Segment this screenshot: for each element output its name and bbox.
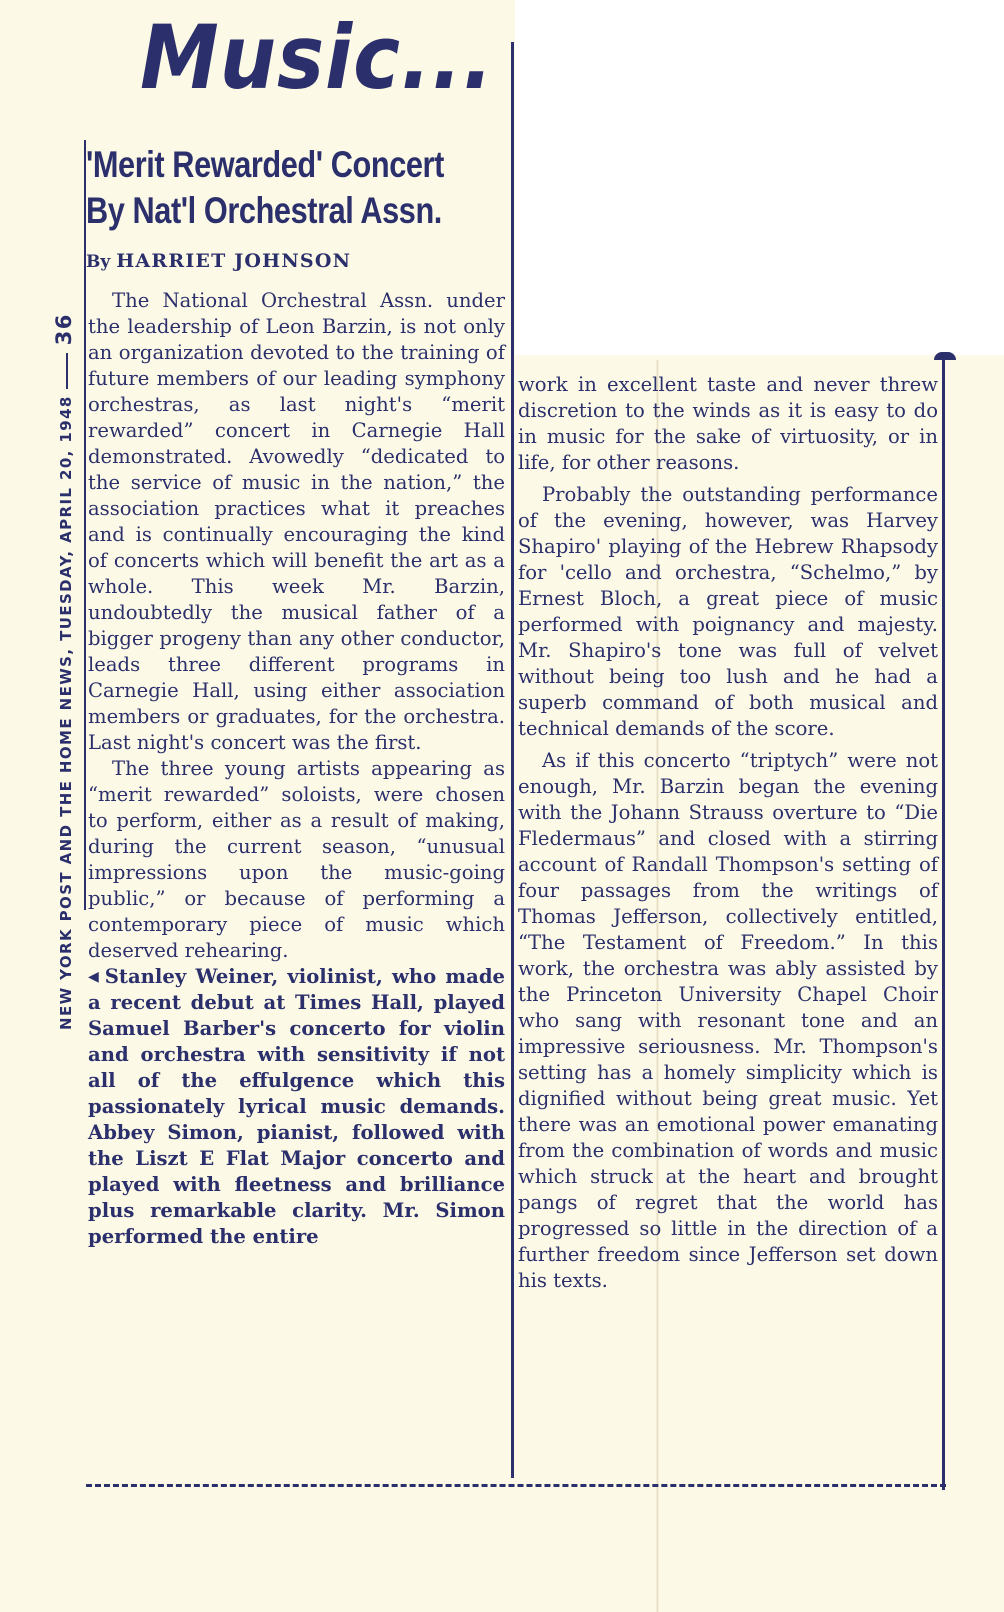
vertical-dateline: NEW YORK POST AND THE HOME NEWS, TUESDAY… — [52, 30, 76, 1030]
byline: ByHARRIET JOHNSON — [86, 250, 351, 272]
section-heading: Music... — [140, 14, 494, 102]
paragraph: As if this concerto “triptych” were not … — [518, 748, 938, 1294]
paragraph: Probably the outstanding performance of … — [518, 482, 938, 742]
paragraph: work in excellent taste and never threw … — [518, 372, 938, 476]
article-column-left: The National Orchestral Assn. under the … — [88, 288, 505, 1250]
page-number: 36 — [52, 313, 76, 345]
arrow-marker-icon: ◀ — [88, 964, 99, 990]
article-headline: 'Merit Rewarded' Concert By Nat'l Orches… — [86, 142, 443, 234]
dateline-text: NEW YORK POST AND THE HOME NEWS, TUESDAY… — [57, 395, 75, 1030]
paragraph: The National Orchestral Assn. under the … — [88, 288, 505, 756]
bottom-cutoff-rule — [86, 1484, 946, 1487]
column-divider-rule — [511, 42, 514, 1478]
dateline-rule — [66, 353, 68, 389]
right-border-rule — [942, 358, 945, 1490]
headline-line-1: 'Merit Rewarded' Concert — [86, 142, 443, 188]
paragraph-text: Stanley Weiner, violinist, who made a re… — [88, 965, 505, 1248]
byline-prefix: By — [86, 252, 110, 272]
paragraph: The three young artists appearing as “me… — [88, 756, 505, 964]
paragraph-with-marker: ◀Stanley Weiner, violinist, who made a r… — [88, 964, 505, 1250]
byline-author: HARRIET JOHNSON — [116, 250, 351, 272]
right-rule-cap — [934, 352, 956, 360]
headline-line-2: By Nat'l Orchestral Assn. — [86, 188, 443, 234]
article-column-right: work in excellent taste and never threw … — [518, 372, 938, 1294]
